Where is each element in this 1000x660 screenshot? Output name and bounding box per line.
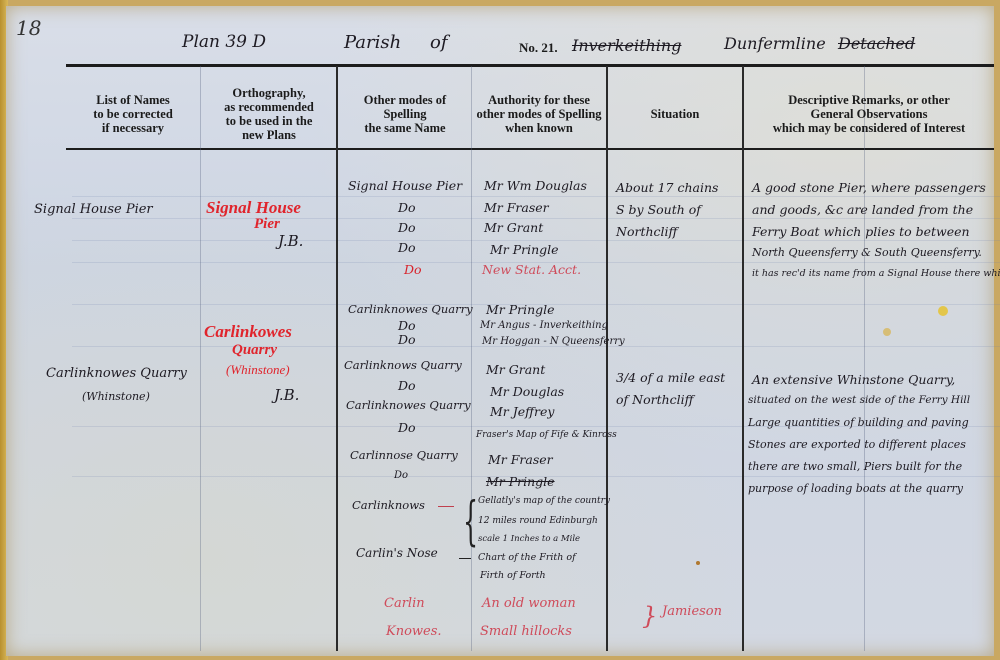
dash-mark [459, 558, 471, 559]
situation: About 17 chains [616, 180, 718, 195]
authority: Mr Jeffrey [490, 404, 554, 419]
foxing-stain [938, 306, 948, 316]
header-line: General Observations [773, 107, 965, 121]
header-line: to be corrected [93, 107, 173, 121]
name-book-page: 18 Plan 39 D Parish of No. 21. Inverkeit… [6, 6, 994, 656]
other-mode: Do [398, 378, 416, 393]
header-line: Other modes of [364, 93, 446, 107]
orthography-name: Quarry [232, 342, 277, 359]
authority: Chart of the Frith of [478, 552, 576, 563]
remark-line: North Queensferry & South Queensferry. [752, 246, 982, 259]
ruled-line [72, 240, 1000, 241]
header-line: to be used in the [224, 114, 314, 128]
authority: Mr Grant [486, 362, 545, 377]
authority: Mr Pringle [490, 242, 559, 257]
remark-line: A good stone Pier, where passengers [752, 180, 986, 195]
header-line: Authority for these [476, 93, 601, 107]
header-line: as recommended [224, 100, 314, 114]
orthography-name: Signal House [206, 198, 301, 218]
header-line: Situation [651, 107, 700, 121]
remark-line: there are two small, Piers built for the [748, 460, 962, 473]
authority: 12 miles round Edinburgh [478, 516, 598, 526]
remark-line: Large quantities of building and paving [748, 416, 969, 429]
remark-line: and goods, &c are landed from the [752, 202, 973, 217]
entry-name-subtitle: (Whinstone) [82, 390, 150, 403]
situation: 3/4 of a mile east [616, 370, 725, 385]
authority: Mr Fraser [488, 452, 553, 467]
authority: Mr Wm Douglas [484, 178, 587, 193]
other-mode: Carlinnose Quarry [350, 448, 458, 462]
plan-reference: Plan 39 D [182, 32, 266, 52]
foxing-stain [696, 561, 700, 565]
header-line: when known [476, 121, 601, 135]
parish-of-label: of [430, 32, 448, 53]
other-mode: Do [394, 470, 408, 481]
other-mode: Do [398, 200, 416, 215]
situation: S by South of [616, 202, 701, 217]
authority: Mr Angus - Inverkeithing [480, 320, 608, 331]
situation: Northcliff [616, 224, 677, 239]
authority: Gellatly's map of the country [478, 496, 610, 506]
ruled-line [72, 218, 1000, 219]
parish-label: Parish [344, 32, 401, 53]
authority: Fraser's Map of Fife & Kinross [476, 430, 617, 440]
other-mode: Do [398, 318, 416, 333]
other-mode: Carlin's Nose [356, 546, 438, 560]
remark-line: purpose of loading boats at the quarry [748, 482, 963, 495]
authority: Mr Hoggan - N Queensferry [482, 336, 625, 347]
other-mode: Do [398, 332, 416, 347]
header-line: the same Name [364, 121, 446, 135]
foxing-stain [883, 328, 891, 336]
header-line: other modes of Spelling [476, 107, 601, 121]
remark-line: Stones are exported to different places [748, 438, 966, 451]
orthography-name: Carlinkowes [204, 322, 292, 342]
other-mode: Carlinknows [352, 498, 425, 512]
footnote-source: Jamieson [662, 604, 722, 619]
surveyor-initials: J.B. [278, 232, 303, 250]
footnote-word: Carlin [384, 596, 425, 611]
header-line: Orthography, [224, 86, 314, 100]
header-line: Spelling [364, 107, 446, 121]
parish-name: Dunfermline [724, 34, 826, 53]
folio-number: 18 [16, 16, 41, 40]
authority: Mr Pringle [486, 302, 555, 317]
remark-line: situated on the west side of the Ferry H… [748, 394, 970, 406]
remark-line: Ferry Boat which plies to between [752, 224, 970, 239]
footnote-gloss: Small hillocks [480, 624, 572, 639]
header-line: if necessary [93, 121, 173, 135]
footnote-word: Knowes. [386, 624, 442, 639]
column-header-situation: Situation [608, 72, 742, 156]
header-line: List of Names [93, 93, 173, 107]
orthography-subtitle: (Whinstone) [226, 362, 290, 378]
column-header-orthography: Orthography,as recommendedto be used in … [202, 72, 336, 156]
remark-line: An extensive Whinstone Quarry, [752, 372, 955, 387]
column-header-other-modes: Other modes ofSpellingthe same Name [338, 72, 472, 156]
brace: { [463, 492, 478, 552]
authority: Mr Fraser [484, 200, 549, 215]
orthography-name: Pier [254, 216, 280, 233]
struck-parish-suffix: Detached [838, 34, 915, 53]
surveyor-initials: J.B. [274, 386, 299, 404]
remark-line: it has rec'd its name from a Signal Hous… [752, 268, 1000, 279]
other-mode: Do [398, 220, 416, 235]
table-top-rule [66, 64, 994, 67]
entry-name: Carlinknowes Quarry [46, 366, 187, 381]
authority: Mr Douglas [490, 384, 564, 399]
footnote-brace: } [642, 602, 657, 630]
entry-name: Signal House Pier [34, 202, 153, 217]
authority: scale 1 Inches to a Mile [478, 534, 580, 544]
ruled-line [72, 196, 1000, 197]
struck-parish-name: Inverkeithing [572, 36, 681, 55]
header-line: which may be considered of Interest [773, 121, 965, 135]
footnote-gloss: An old woman [482, 596, 576, 611]
dash-mark [438, 506, 454, 507]
other-mode: Carlinknows Quarry [344, 358, 462, 372]
situation: of Northcliff [616, 392, 694, 407]
column-divider [200, 66, 201, 651]
column-header-remarks: Descriptive Remarks, or otherGeneral Obs… [744, 72, 994, 156]
other-mode: Signal House Pier [348, 178, 462, 193]
authority: Mr Grant [484, 220, 543, 235]
other-mode: Do [398, 420, 416, 435]
authority-struck: Mr Pringle [486, 474, 555, 489]
authority: Firth of Forth [480, 570, 546, 581]
sheet-number: No. 21. [519, 40, 558, 56]
other-mode: Do [404, 262, 422, 277]
authority: New Stat. Acct. [482, 262, 581, 277]
other-mode: Carlinknowes Quarry [348, 302, 473, 316]
column-header-list-of-names: List of Namesto be correctedif necessary [66, 72, 200, 156]
column-header-authority: Authority for theseother modes of Spelli… [472, 72, 606, 156]
other-mode: Carlinknowes Quarry [346, 398, 471, 412]
header-line: Descriptive Remarks, or other [773, 93, 965, 107]
other-mode: Do [398, 240, 416, 255]
header-line: new Plans [224, 128, 314, 142]
